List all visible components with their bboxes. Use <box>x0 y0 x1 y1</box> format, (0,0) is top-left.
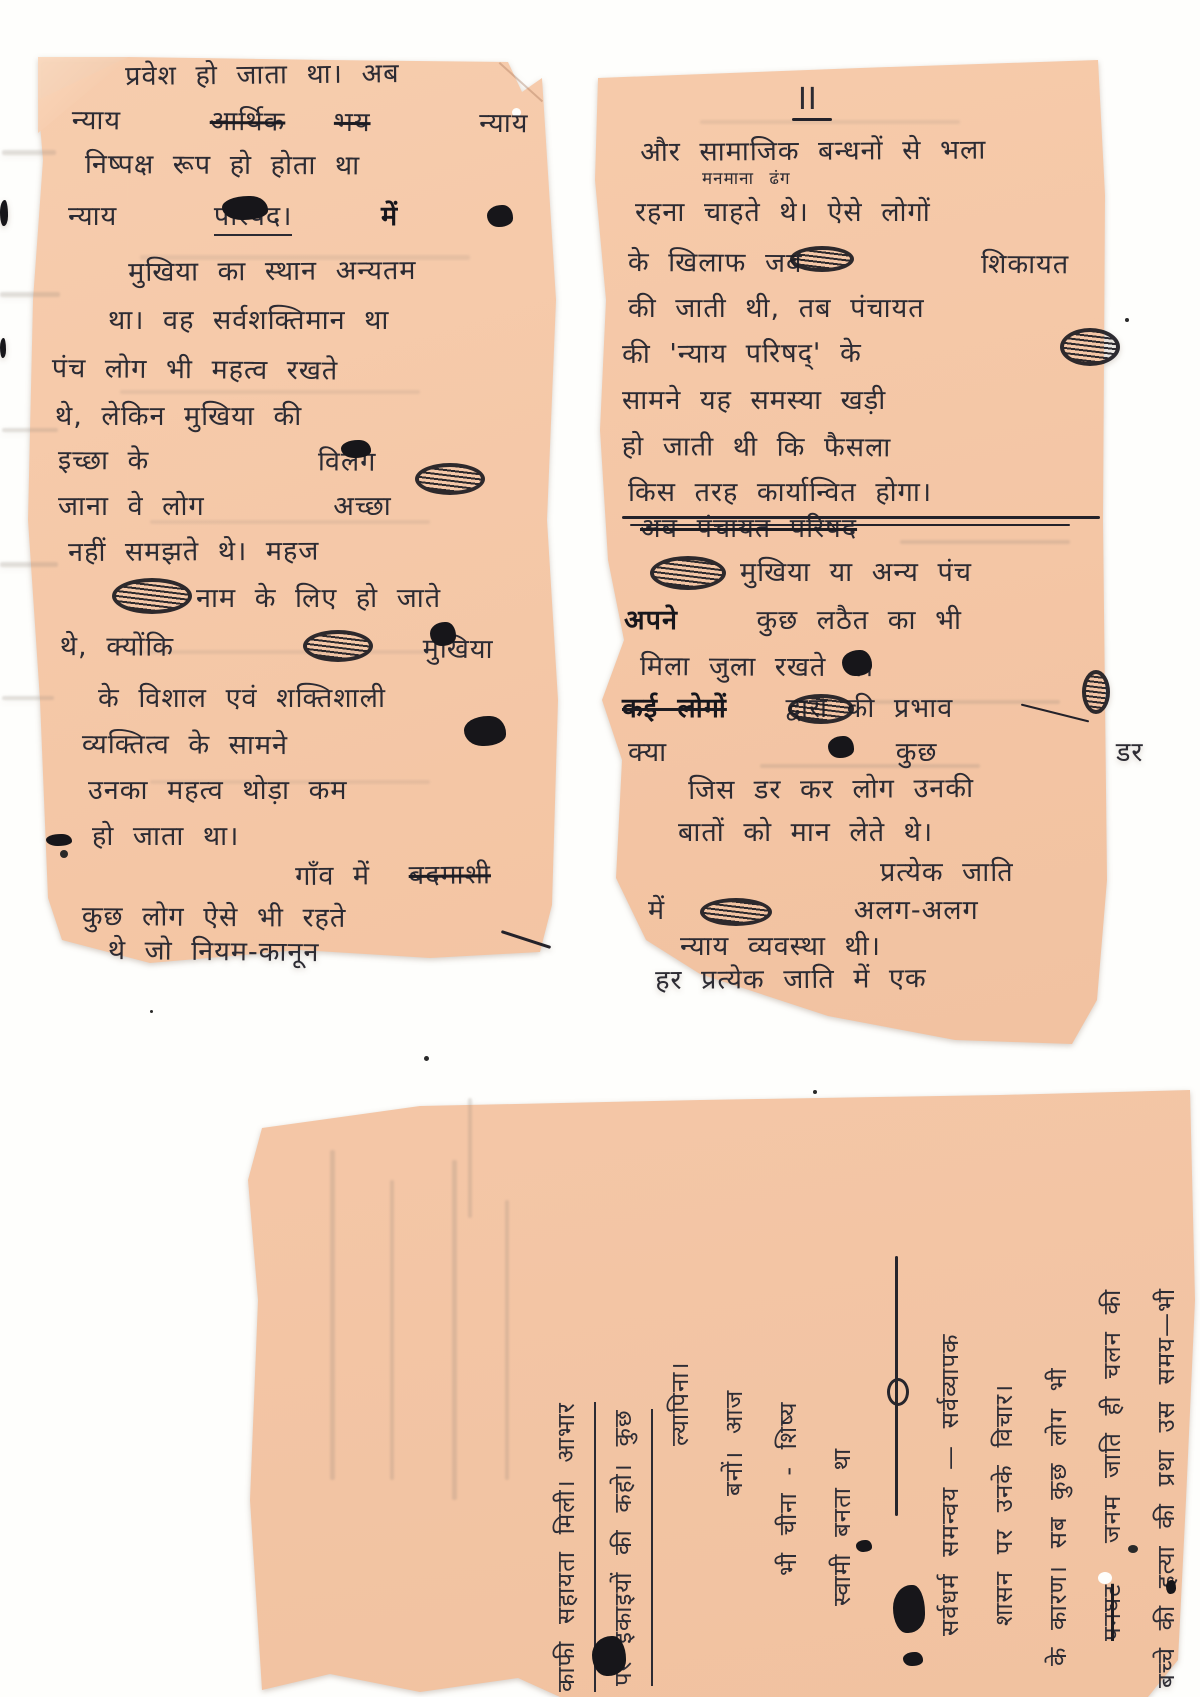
page-3: काफी सहायता मिली। आभार पर इकाइयों की कहो… <box>0 0 1200 1697</box>
ink-blot <box>592 1636 626 1676</box>
pencil-ghost <box>390 1180 394 1480</box>
ink-blot <box>856 1540 872 1552</box>
handwritten-line: शासन पर उनके विचार। <box>977 1096 1031 1626</box>
scanned-manuscript: प्रवेश हो जाता था। अब न्याय आर्थिक भय न्… <box>0 0 1200 1697</box>
struck-word: पनघट <box>1085 1584 1139 1641</box>
ink-dot <box>1128 1545 1138 1553</box>
handwritten-line: के कारण। सब कुछ लोग भी <box>1031 1096 1085 1666</box>
divider-loop <box>887 1378 909 1406</box>
pencil-ghost <box>505 1200 509 1480</box>
ink-blot <box>903 1652 923 1666</box>
ink-blot <box>893 1585 925 1633</box>
dust-speck <box>150 1010 153 1013</box>
handwritten-line: सर्वधर्म समन्वय — सर्वव्यापक <box>923 1096 977 1636</box>
rotated-text-block: काफी सहायता मिली। आभार पर इकाइयों की कहो… <box>539 1096 1195 1696</box>
word: जनम जाति ही चलन की <box>1085 1289 1139 1543</box>
handwritten-line: काफी सहायता मिली। आभार <box>539 1402 596 1692</box>
dust-speck <box>813 1090 817 1094</box>
dust-speck <box>424 1056 429 1061</box>
handwritten-line: भी चीना - शिष्य <box>761 1401 815 1576</box>
handwritten-line: स्वामी बनता था <box>815 1448 869 1606</box>
dust-speck <box>1125 318 1129 322</box>
handwritten-line: बच्चे की हत्या की प्रथा उस समय—भी <box>1139 1096 1193 1688</box>
handwritten-line: पनघट जनम जाति ही चलन की <box>1085 1096 1139 1641</box>
pencil-ghost <box>452 1160 457 1500</box>
paper-tear-spot <box>1098 1572 1112 1584</box>
pencil-ghost <box>330 1150 335 1480</box>
handwritten-line: ल्यापिना। <box>653 1361 707 1446</box>
pencil-ghost <box>468 1098 472 1218</box>
ink-blot <box>1166 1580 1176 1594</box>
handwritten-line: बनों। आज <box>707 1390 761 1496</box>
